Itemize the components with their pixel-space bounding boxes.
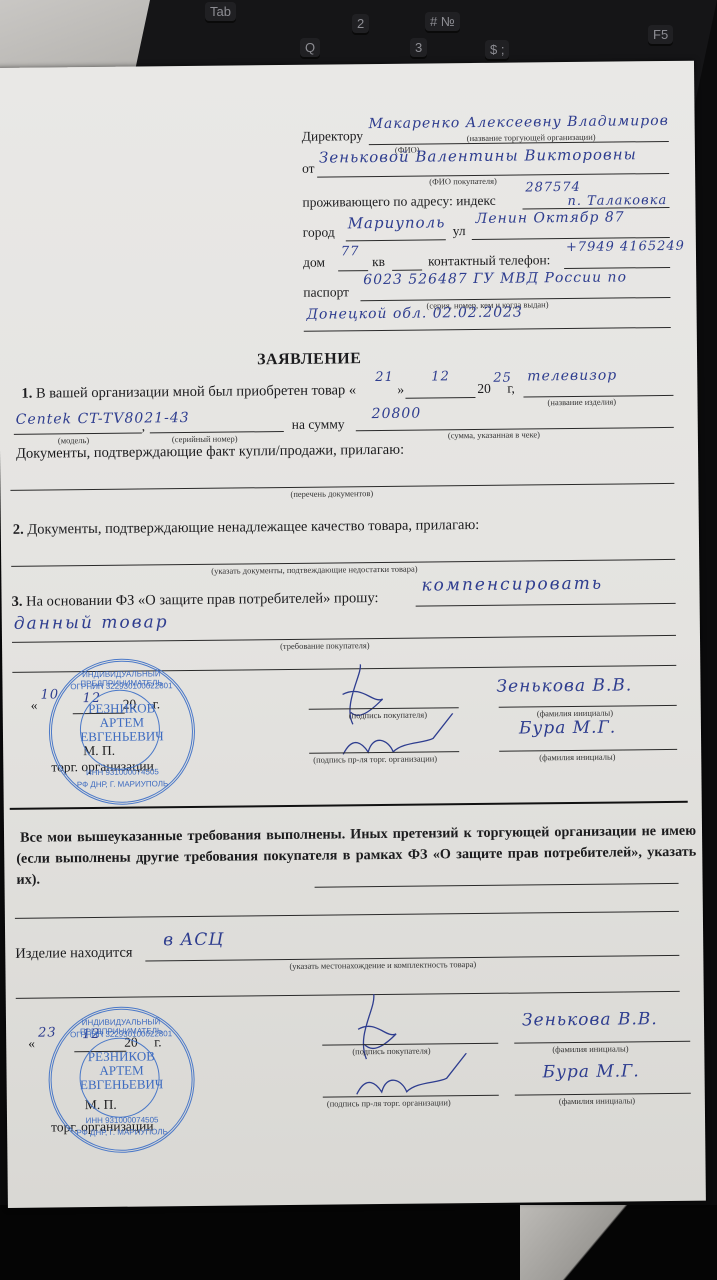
rep-name-hint: (фамилия инициалы)	[559, 1095, 635, 1106]
item1-product-name: телевизор	[527, 368, 617, 385]
item3-number: 3.	[12, 594, 23, 610]
item3-underline-1	[416, 603, 676, 607]
company-stamp: ИНДИВИДУАЛЬНЫЙ ПРЕДПРИНИМАТЕЛЬ ОГРНИП 32…	[48, 658, 196, 806]
phone-value: +7949 4165249	[566, 239, 685, 255]
name-hint: (фамилия инициалы)	[552, 1043, 628, 1054]
buyer-name: Зенькова В.В.	[522, 1009, 658, 1030]
buyer-name: Зенькова В.В.	[496, 675, 632, 696]
item1-sum-hint: (сумма, указанная в чеке)	[448, 429, 540, 440]
key-dollar: $ ;	[485, 40, 509, 59]
item1-docs-text: Документы, подтверждающие факт купли/про…	[16, 442, 404, 463]
stamp-location: РФ ДНР, Г. МАРИУПОЛЬ	[52, 779, 192, 789]
rep-name: Бура М.Г.	[519, 718, 616, 739]
from-hint: (ФИО покупателя)	[429, 176, 497, 187]
item3-value-2: данный товар	[14, 612, 169, 634]
company-stamp: ИНДИВИДУАЛЬНЫЙ ПРЕДПРИНИМАТЕЛЬ ОГРНИП 32…	[48, 1006, 196, 1154]
location-value: в АСЦ	[163, 930, 224, 951]
from-value: Зеньковой Валентины Викторовны	[319, 145, 637, 166]
rep-sig-hint: (подпись пр-ля торг. организации)	[313, 753, 437, 764]
house-label: дом	[303, 255, 325, 271]
closing-paragraph: Все мои вышеуказанные требования выполне…	[16, 821, 697, 891]
item3-hint: (требование покупателя)	[280, 640, 370, 651]
item1-sum-label: на сумму	[292, 416, 345, 433]
passport-value-1: 6023 526487 ГУ МВД России по	[363, 269, 627, 288]
house-value: 77	[341, 244, 360, 259]
stamp-inn: ИНН 931000074505	[52, 767, 192, 777]
key-tab: Tab	[205, 2, 236, 21]
key-3: 3	[410, 38, 427, 57]
director-hint-org: (название торгующей организации)	[467, 132, 596, 143]
closing-underline-2	[15, 911, 679, 919]
city-underline	[346, 239, 446, 241]
stamp-name-3: ЕВГЕНЬЕВИЧ	[52, 1077, 192, 1092]
stamp-location: РФ ДНР, Г. МАРИУПОЛЬ	[52, 1127, 192, 1137]
date-open: «	[28, 1036, 35, 1052]
key-hash: # №	[425, 12, 460, 31]
stamp-ogrnip: ОГРНИП 322930100022801	[51, 1029, 191, 1039]
phone-label: контактный телефон:	[428, 252, 551, 269]
desk-edge	[520, 1205, 717, 1280]
city-label: город	[303, 224, 335, 240]
item1-number: 1.	[21, 386, 32, 402]
street-label: ул	[453, 223, 466, 239]
item1-docs-hint: (перечень документов)	[290, 488, 373, 499]
item3-text: На основании ФЗ «О защите прав потребите…	[26, 590, 379, 610]
passport-label: паспорт	[303, 284, 349, 300]
rep-name: Бура М.Г.	[542, 1061, 639, 1082]
key-f5: F5	[648, 25, 673, 44]
item1-day: 21	[375, 370, 394, 385]
stamp-ogrnip: ОГРНИП 322930100022801	[51, 681, 191, 691]
item2-text: Документы, подтверждающие ненадлежащее к…	[27, 517, 479, 538]
date-open: «	[31, 698, 38, 714]
item1-quote-close: »	[397, 382, 404, 398]
key-2: 2	[352, 14, 369, 33]
item1-model-value: Centek CT-TV8021-43	[16, 410, 190, 428]
director-value: Макаренко Алексеевну Владимиров	[369, 113, 669, 132]
item1-year-suffix: г,	[507, 381, 515, 397]
key-q: Q	[300, 38, 320, 57]
location-hint: (указать местонахождение и комплектность…	[289, 959, 476, 971]
from-label: от	[302, 161, 315, 177]
item1-serial-hint: (серийный номер)	[172, 433, 238, 444]
stamp-inn: ИНН 931000074505	[52, 1115, 192, 1125]
item1-product-hint: (название изделия)	[547, 397, 616, 408]
rep-name-hint: (фамилия инициалы)	[539, 752, 615, 763]
director-label: Директору	[302, 128, 364, 145]
item1-month-underline	[405, 397, 475, 399]
item3-value-1: компенсировать	[421, 574, 603, 596]
claim-form-paper: Директору Макаренко Алексеевну Владимиро…	[0, 61, 706, 1208]
item1-month: 12	[431, 369, 450, 384]
item1-year-prefix: 20	[477, 381, 491, 397]
passport-underline-2	[304, 327, 671, 332]
rep-sig-hint: (подпись пр-ля торг. организации)	[327, 1097, 451, 1108]
location-label: Изделие находится	[15, 945, 132, 963]
city-value: Мариуполь	[348, 213, 446, 232]
stamp-name-3: ЕВГЕНЬЕВИЧ	[52, 729, 192, 744]
street-value: Ленин Октябр 87	[476, 209, 625, 227]
document-title: ЗАЯВЛЕНИЕ	[257, 350, 361, 369]
item1-text: В вашей организации мной был приобретен …	[36, 382, 356, 401]
item1-sum-value: 20800	[372, 406, 422, 423]
item2-number: 2.	[13, 522, 24, 538]
address-label: проживающего по адресу: индекс	[302, 193, 495, 211]
item1-model-hint: (модель)	[58, 435, 89, 445]
apt-label: кв	[372, 254, 385, 270]
item2-hint: (указать документы, подтвеждающие недост…	[211, 564, 417, 576]
passport-value-2: Донецкой обл. 02.02.2023	[307, 304, 523, 322]
